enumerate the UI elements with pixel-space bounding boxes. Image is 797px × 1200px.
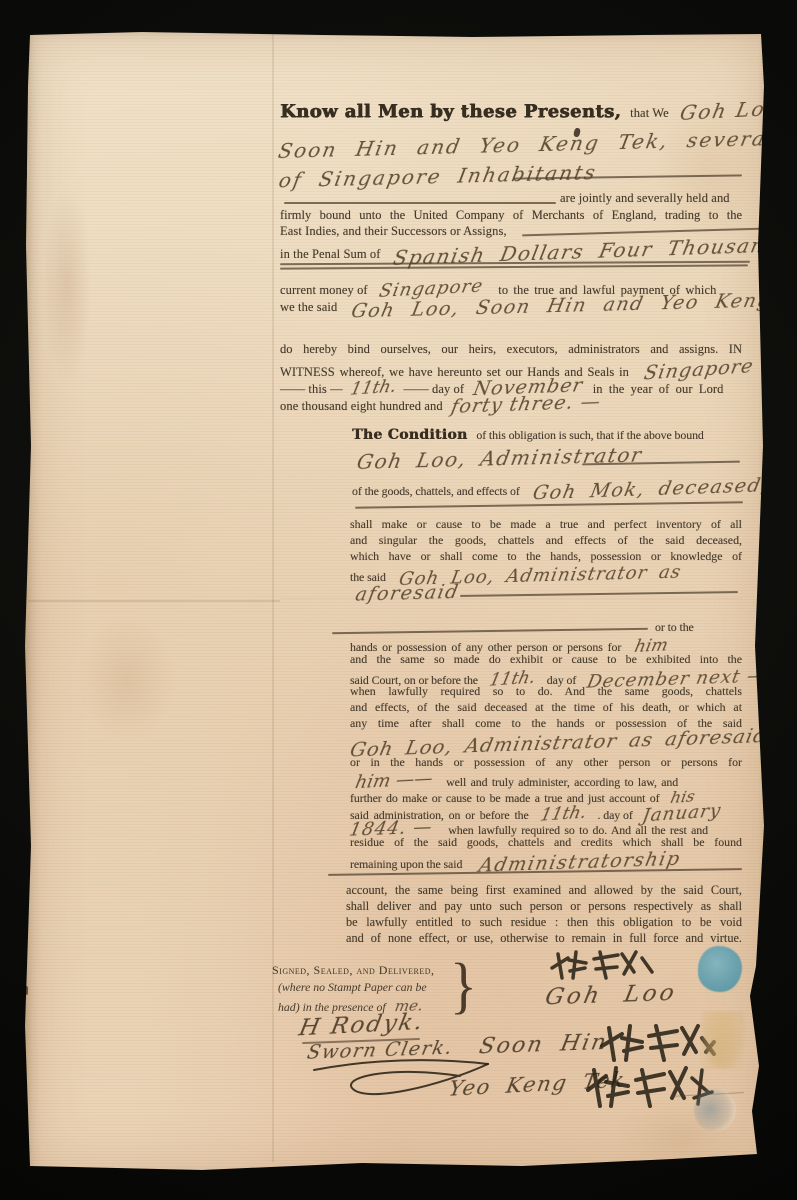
administrator-name-line: Goh Loo, Administrator — [358, 446, 642, 470]
blue-wafer-seal — [698, 946, 742, 992]
penal-sum-line: in the Penal Sum of Spanish Dollars Four… — [280, 239, 778, 263]
handwritten-names-line: Soon Hin and Yeo Keng Tek, severally — [280, 132, 795, 156]
horizontal-fold-line-faint — [280, 598, 742, 599]
horizontal-fold-line — [28, 600, 280, 602]
signature-soon-hin: Soon Hin — [480, 1032, 607, 1057]
printed-line: East Indies, and their Successors or Ass… — [280, 224, 507, 239]
ink-rule — [332, 628, 648, 634]
printed-line: do hereby bind ourselves, our heirs, exe… — [280, 342, 742, 357]
stain — [42, 186, 92, 386]
double-rule-bottom — [280, 264, 748, 269]
printed-line: residue of the said goods, chattels and … — [350, 835, 742, 850]
stain — [77, 616, 177, 746]
handwritten-deceased-name: Goh Mok, deceased, — [531, 474, 771, 504]
deceased-line: of the goods, chattels, and effects of G… — [352, 478, 768, 500]
printed-line: when lawfully required so to do. And the… — [350, 684, 742, 699]
printed-line: are jointly and severally held and — [560, 191, 730, 206]
paper-edge-chip — [24, 986, 28, 995]
handwritten-year: forty three. — — [449, 390, 603, 417]
printed-line: or in the hands or possession of any oth… — [350, 755, 742, 770]
paper-edge-chip — [23, 446, 27, 456]
printed-line: shall make or cause to be made a true an… — [350, 517, 742, 532]
historical-document-paper: Know all Men by these Presents, that We … — [22, 26, 768, 1178]
chinese-seal-script-mark — [578, 1060, 718, 1120]
condition-blackletter: The Condition — [352, 427, 467, 443]
handwritten-residence-line: of Singapore Inhabitants — [280, 164, 596, 188]
printed-line: which have or shall come to the hands, p… — [350, 549, 742, 564]
paper-edge-chip — [22, 166, 27, 180]
curly-brace: } — [450, 950, 477, 1022]
attestation-line-1: Signed, Sealed, and Delivered, — [272, 963, 435, 978]
printed-line: be lawfully entitled to such residue : t… — [346, 915, 742, 930]
document-heading: Know all Men by these Presents, that We … — [280, 98, 788, 122]
printed-line: and effects, of the said deceased at the… — [350, 700, 742, 715]
obligors-line: we the said Goh Loo, Soon Hin and Yeo Ke… — [280, 294, 797, 316]
paper-edge-chip — [22, 726, 27, 738]
printed-line: and the same so made do exhibit or cause… — [350, 652, 742, 667]
ink-rule — [460, 591, 738, 596]
administrator-aforesaid-line: Goh Loo, Administrator as aforesaid — [352, 731, 766, 754]
title-continuation: that We — [630, 106, 669, 120]
printed-line: shall deliver and pay unto such person o… — [346, 899, 742, 914]
ink-rule — [284, 202, 556, 204]
attestation-line-2: (where no Stampt Paper can be — [278, 980, 427, 995]
year-line: one thousand eight hundred and forty thr… — [280, 393, 600, 415]
aforesaid-line: aforesaid — [356, 582, 459, 604]
printed-line: and singular the goods, chattels and eff… — [350, 533, 742, 548]
blackletter-title: Know all Men by these Presents, — [280, 101, 621, 122]
vertical-fold-line — [272, 32, 274, 1162]
witness-signature: H Rodyk. — [300, 1012, 424, 1038]
witness-title: Sworn Clerk. — [308, 1039, 453, 1061]
condition-heading: The Condition of this obligation is such… — [352, 426, 704, 444]
printed-line: account, the same being first examined a… — [346, 883, 742, 898]
handwritten-name-goh-loo: Goh Loo, — [678, 95, 791, 125]
printed-line: or to the — [655, 620, 694, 635]
photo-background: { "doc": { "title_blackletter": "Know al… — [0, 0, 797, 1200]
printed-line: firmly bound unto the United Company of … — [280, 208, 742, 223]
signature-goh-loo: Goh Loo — [546, 982, 676, 1008]
printed-line: and of none effect, or use, otherwise to… — [346, 931, 742, 946]
